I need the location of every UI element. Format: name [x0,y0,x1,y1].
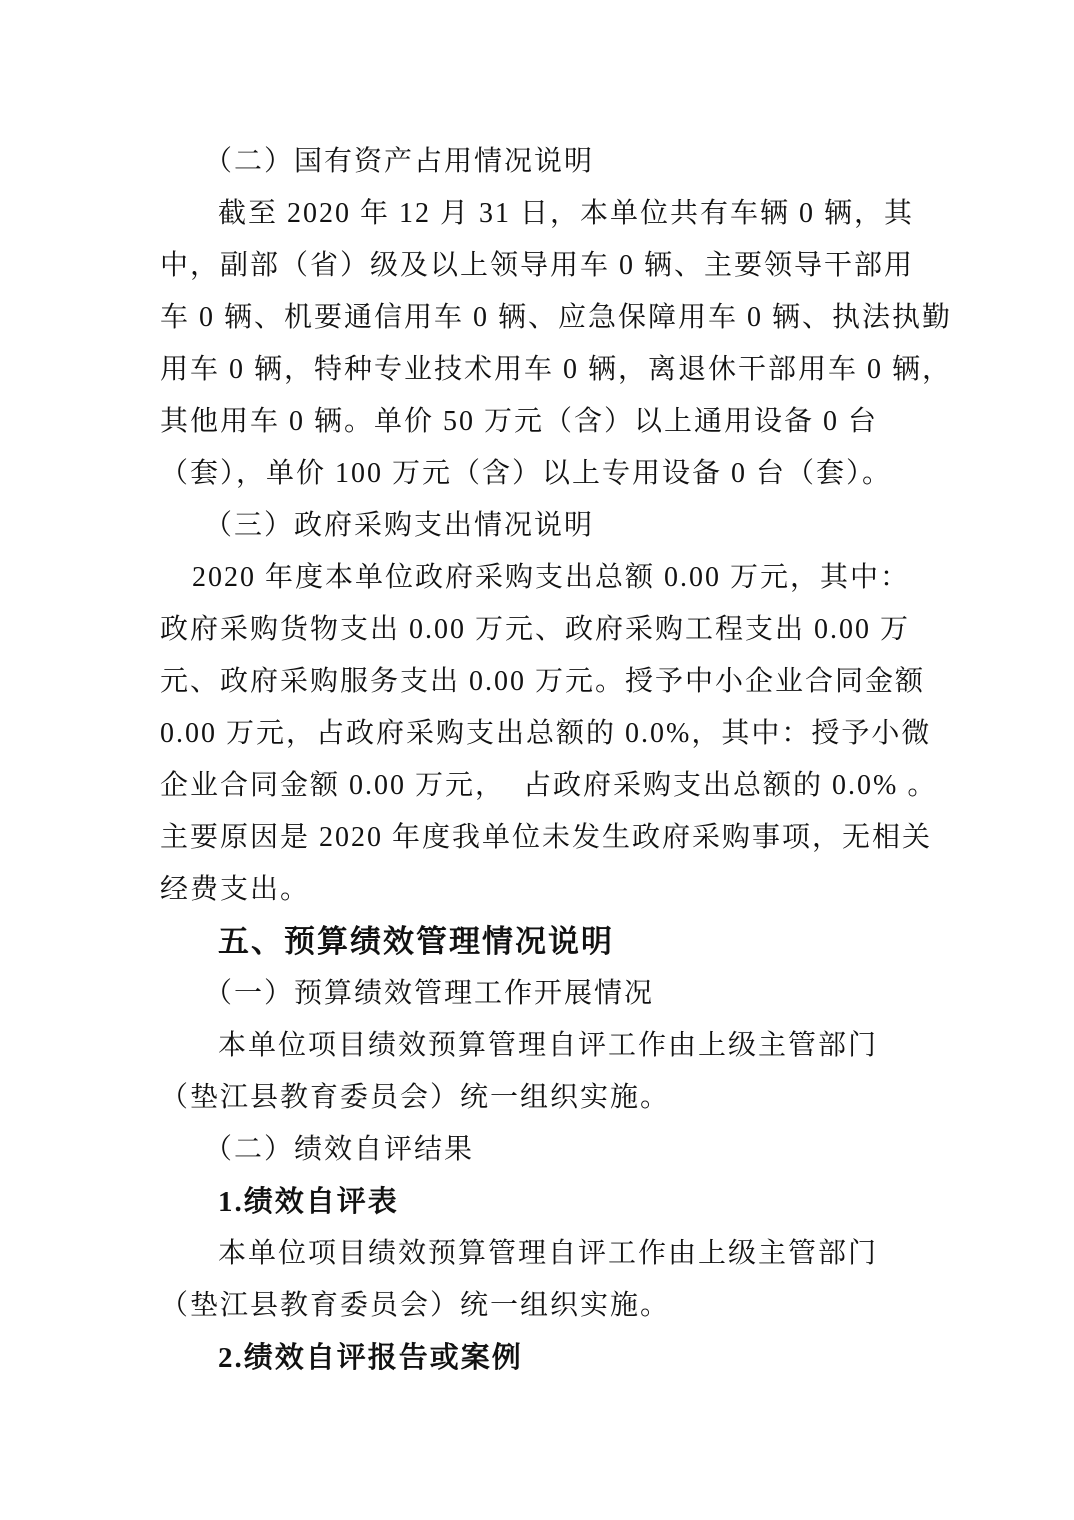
text-line: 0.00 万元，占政府采购支出总额的 0.0%，其中：授予小微 [160,708,1000,760]
text-line: （三）政府采购支出情况说明 [160,500,1000,552]
text-line: （套），单价 100 万元（含）以上专用设备 0 台（套）。 [160,448,1000,500]
text-line: 2020 年度本单位政府采购支出总额 0.00 万元，其中： [160,552,1000,604]
text-line: （垫江县教育委员会）统一组织实施。 [160,1072,1000,1124]
text-line: 其他用车 0 辆。单价 50 万元（含）以上通用设备 0 台 [160,396,1000,448]
heading-line: 2.绩效自评报告或案例 [160,1332,1000,1384]
text-line: （垫江县教育委员会）统一组织实施。 [160,1280,1000,1332]
text-line: 中，副部（省）级及以上领导用车 0 辆、主要领导干部用 [160,240,1000,292]
text-line: 元、政府采购服务支出 0.00 万元。授予中小企业合同金额 [160,656,1000,708]
text-line: 主要原因是 2020 年度我单位未发生政府采购事项，无相关 [160,812,1000,864]
text-line: （二）绩效自评结果 [160,1124,1000,1176]
text-line: 政府采购货物支出 0.00 万元、政府采购工程支出 0.00 万 [160,604,1000,656]
heading-line: 1.绩效自评表 [160,1176,1000,1228]
text-line: （一）预算绩效管理工作开展情况 [160,968,1000,1020]
text-line: 本单位项目绩效预算管理自评工作由上级主管部门 [160,1020,1000,1072]
text-line: 截至 2020 年 12 月 31 日，本单位共有车辆 0 辆，其 [160,188,1000,240]
text-line: 用车 0 辆，特种专业技术用车 0 辆，离退休干部用车 0 辆， [160,344,1000,396]
document-text-block: （二）国有资产占用情况说明截至 2020 年 12 月 31 日，本单位共有车辆… [160,136,1000,1384]
text-line: （二）国有资产占用情况说明 [160,136,1000,188]
heading-line: 五、预算绩效管理情况说明 [160,916,1000,968]
text-line: 经费支出。 [160,864,1000,916]
document-page: （二）国有资产占用情况说明截至 2020 年 12 月 31 日，本单位共有车辆… [0,0,1074,1520]
text-line: 车 0 辆、机要通信用车 0 辆、应急保障用车 0 辆、执法执勤 [160,292,1000,344]
text-line: 本单位项目绩效预算管理自评工作由上级主管部门 [160,1228,1000,1280]
text-line: 企业合同金额 0.00 万元， 占政府采购支出总额的 0.0% 。 [160,760,1000,812]
